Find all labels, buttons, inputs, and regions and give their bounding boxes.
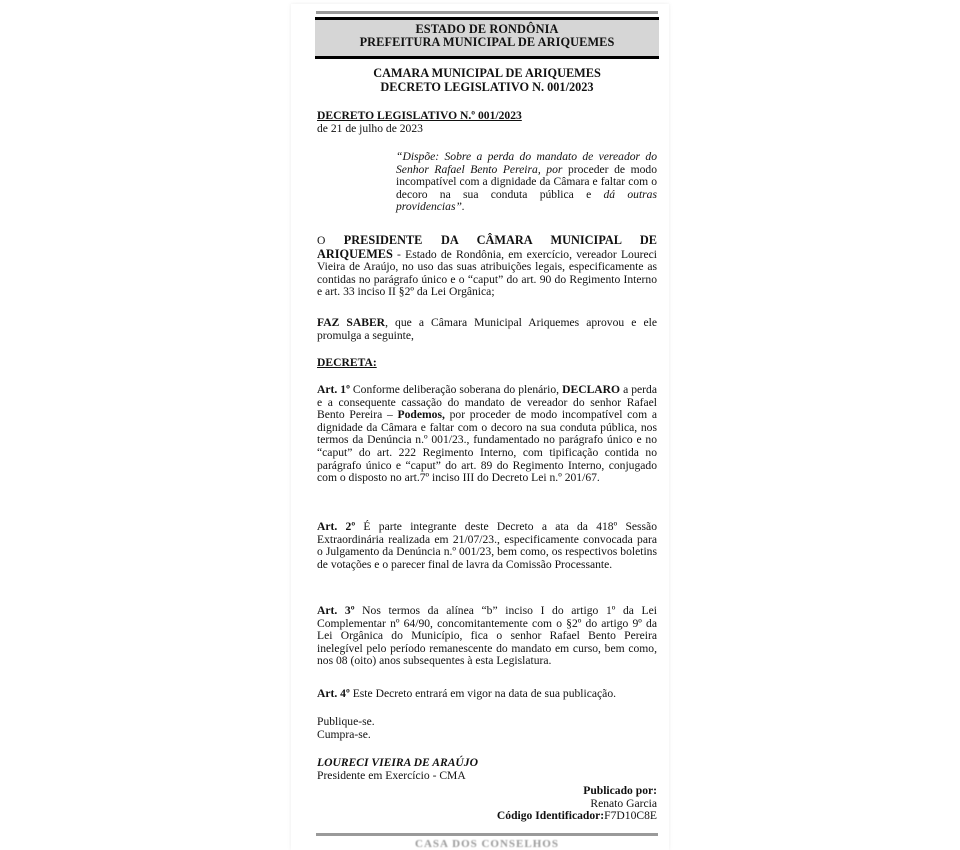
signatory-name: LOURECI VIEIRA DE ARAÚJO [317,757,657,770]
identifier-code: Código Identificador:F7D10C8E [317,810,657,823]
decree-number: DECRETO LEGISLATIVO N.º 001/2023 [317,110,657,123]
publication-info: Publicado por: Renato Garcia Código Iden… [317,785,657,823]
article-3: Art. 3º Nos termos da alínea “b” inciso … [317,605,657,668]
faz-saber: FAZ SABER, que a Câmara Municipal Arique… [317,317,657,342]
closing: Publique-se. Cumpra-se. [317,716,657,741]
preamble: O PRESIDENTE DA CÂMARA MUNICIPAL DE ARIQ… [317,234,657,299]
document-title: CAMARA MUNICIPAL DE ARIQUEMES DECRETO LE… [316,67,658,94]
bottom-divider [316,833,658,836]
signatory-role: Presidente em Exercício - CMA [317,770,657,783]
article-2: Art. 2º É parte integrante deste Decreto… [317,521,657,571]
next-section-heading: CASA DOS CONSELHOS [316,838,658,850]
decreta-heading: DECRETA: [317,357,657,370]
signature: LOURECI VIEIRA DE ARAÚJO Presidente em E… [317,757,657,782]
top-divider [316,11,658,14]
title-decree: DECRETO LEGISLATIVO N. 001/2023 [316,81,658,95]
title-chamber: CAMARA MUNICIPAL DE ARIQUEMES [316,67,658,81]
decree-heading: DECRETO LEGISLATIVO N.º 001/2023 de 21 d… [317,110,657,135]
article-1: Art. 1º Conforme deliberação soberana do… [317,384,657,485]
document-header: ESTADO DE RONDÔNIA PREFEITURA MUNICIPAL … [315,17,659,59]
header-prefecture: PREFEITURA MUNICIPAL DE ARIQUEMES [315,36,659,49]
decree-date: de 21 de julho de 2023 [317,123,657,136]
article-4: Art. 4º Este Decreto entrará em vigor na… [317,688,657,701]
decree-summary: “Dispõe: Sobre a perda do mandato de ver… [396,151,657,214]
